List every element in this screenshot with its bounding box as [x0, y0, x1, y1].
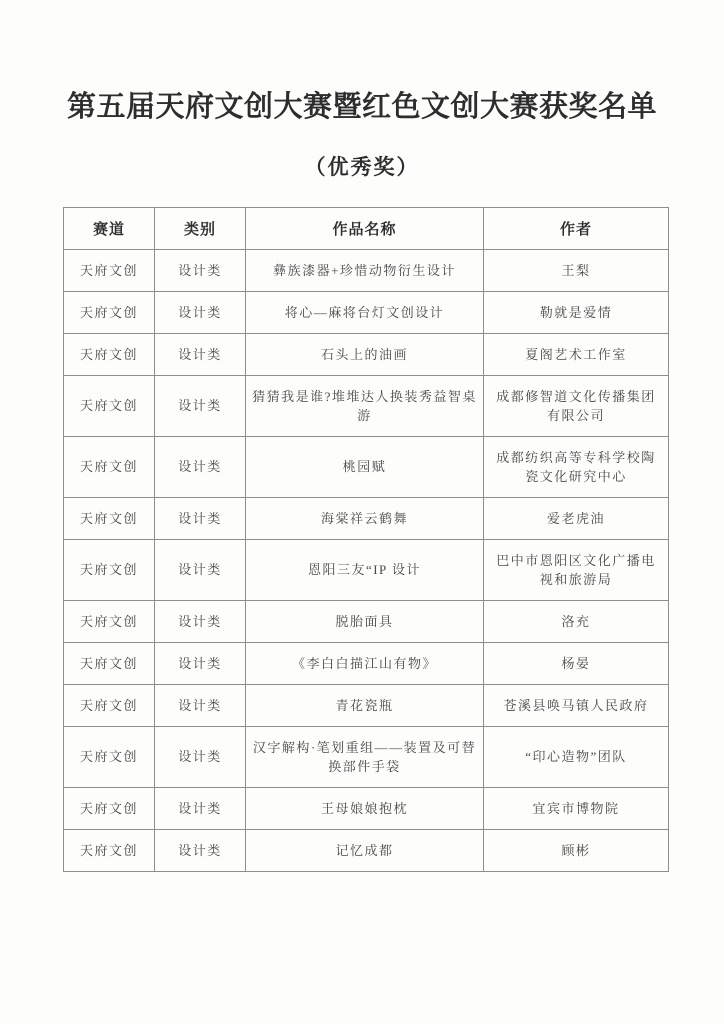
table-cell: 猜猜我是谁?堆堆达人换装秀益智桌游 — [246, 375, 484, 436]
table-row: 天府文创设计类《李白白描江山有物》杨晏 — [64, 642, 669, 684]
table-cell: 天府文创 — [64, 375, 155, 436]
table-row: 天府文创设计类猜猜我是谁?堆堆达人换装秀益智桌游成都修智道文化传播集团有限公司 — [64, 375, 669, 436]
table-cell: 设计类 — [155, 436, 246, 497]
table-cell: 巴中市恩阳区文化广播电视和旅游局 — [484, 539, 669, 600]
table-cell: 设计类 — [155, 539, 246, 600]
table-cell: 脱胎面具 — [246, 600, 484, 642]
table-cell: 天府文创 — [64, 726, 155, 787]
table-cell: 天府文创 — [64, 684, 155, 726]
table-cell: 记忆成都 — [246, 829, 484, 871]
table-cell: 设计类 — [155, 829, 246, 871]
document-title: 第五届天府文创大赛暨红色文创大赛获奖名单 — [0, 90, 724, 125]
table-header-cell: 赛道 — [64, 207, 155, 249]
table-row: 天府文创设计类记忆成都顾彬 — [64, 829, 669, 871]
table-cell: 天府文创 — [64, 600, 155, 642]
table-cell: 设计类 — [155, 375, 246, 436]
table-row: 天府文创设计类汉字解构·笔划重组——装置及可替换部件手袋“印心造物”团队 — [64, 726, 669, 787]
table-cell: 彝族漆器+珍惜动物衍生设计 — [246, 249, 484, 291]
table-cell: 爱老虎油 — [484, 497, 669, 539]
table-cell: 天府文创 — [64, 333, 155, 375]
table-cell: 设计类 — [155, 684, 246, 726]
table-cell: 天府文创 — [64, 539, 155, 600]
table-cell: 海棠祥云鹤舞 — [246, 497, 484, 539]
table-header-row: 赛道类别作品名称作者 — [64, 207, 669, 249]
table-cell: 设计类 — [155, 497, 246, 539]
table-cell: 天府文创 — [64, 291, 155, 333]
table-cell: 设计类 — [155, 600, 246, 642]
table-cell: 天府文创 — [64, 436, 155, 497]
table-cell: 设计类 — [155, 642, 246, 684]
table-cell: 洛充 — [484, 600, 669, 642]
table-cell: 成都修智道文化传播集团有限公司 — [484, 375, 669, 436]
table-cell: 天府文创 — [64, 497, 155, 539]
table-cell: 天府文创 — [64, 829, 155, 871]
table-cell: 宜宾市博物院 — [484, 787, 669, 829]
table-cell: 设计类 — [155, 726, 246, 787]
table-row: 天府文创设计类脱胎面具洛充 — [64, 600, 669, 642]
table-row: 天府文创设计类海棠祥云鹤舞爱老虎油 — [64, 497, 669, 539]
table-cell: 夏阁艺术工作室 — [484, 333, 669, 375]
table-cell: 设计类 — [155, 333, 246, 375]
table-cell: 恩阳三友“IP 设计 — [246, 539, 484, 600]
table-cell: 石头上的油画 — [246, 333, 484, 375]
table-cell: 顾彬 — [484, 829, 669, 871]
table-cell: 苍溪县唤马镇人民政府 — [484, 684, 669, 726]
table-cell: 桃园赋 — [246, 436, 484, 497]
table-row: 天府文创设计类王母娘娘抱枕宜宾市博物院 — [64, 787, 669, 829]
table-cell: 成都纺织高等专科学校陶瓷文化研究中心 — [484, 436, 669, 497]
table-cell: 王母娘娘抱枕 — [246, 787, 484, 829]
table-row: 天府文创设计类恩阳三友“IP 设计巴中市恩阳区文化广播电视和旅游局 — [64, 539, 669, 600]
awards-table-body: 天府文创设计类彝族漆器+珍惜动物衍生设计王梨天府文创设计类将心—麻将台灯文创设计… — [64, 249, 669, 871]
table-cell: 设计类 — [155, 249, 246, 291]
table-cell: 勒就是爱情 — [484, 291, 669, 333]
table-header-cell: 作品名称 — [246, 207, 484, 249]
awards-table: 赛道类别作品名称作者 天府文创设计类彝族漆器+珍惜动物衍生设计王梨天府文创设计类… — [63, 207, 669, 872]
table-cell: 天府文创 — [64, 249, 155, 291]
table-cell: 天府文创 — [64, 642, 155, 684]
document-page: 第五届天府文创大赛暨红色文创大赛获奖名单 （优秀奖） 赛道类别作品名称作者 天府… — [0, 0, 724, 1024]
table-header-cell: 作者 — [484, 207, 669, 249]
table-cell: 设计类 — [155, 787, 246, 829]
document-subtitle: （优秀奖） — [0, 151, 724, 181]
table-cell: 天府文创 — [64, 787, 155, 829]
table-cell: 杨晏 — [484, 642, 669, 684]
table-row: 天府文创设计类将心—麻将台灯文创设计勒就是爱情 — [64, 291, 669, 333]
table-header-cell: 类别 — [155, 207, 246, 249]
table-cell: “印心造物”团队 — [484, 726, 669, 787]
table-cell: 《李白白描江山有物》 — [246, 642, 484, 684]
table-cell: 设计类 — [155, 291, 246, 333]
table-cell: 王梨 — [484, 249, 669, 291]
table-cell: 青花瓷瓶 — [246, 684, 484, 726]
table-row: 天府文创设计类彝族漆器+珍惜动物衍生设计王梨 — [64, 249, 669, 291]
table-row: 天府文创设计类石头上的油画夏阁艺术工作室 — [64, 333, 669, 375]
table-row: 天府文创设计类桃园赋成都纺织高等专科学校陶瓷文化研究中心 — [64, 436, 669, 497]
table-row: 天府文创设计类青花瓷瓶苍溪县唤马镇人民政府 — [64, 684, 669, 726]
table-cell: 将心—麻将台灯文创设计 — [246, 291, 484, 333]
table-cell: 汉字解构·笔划重组——装置及可替换部件手袋 — [246, 726, 484, 787]
